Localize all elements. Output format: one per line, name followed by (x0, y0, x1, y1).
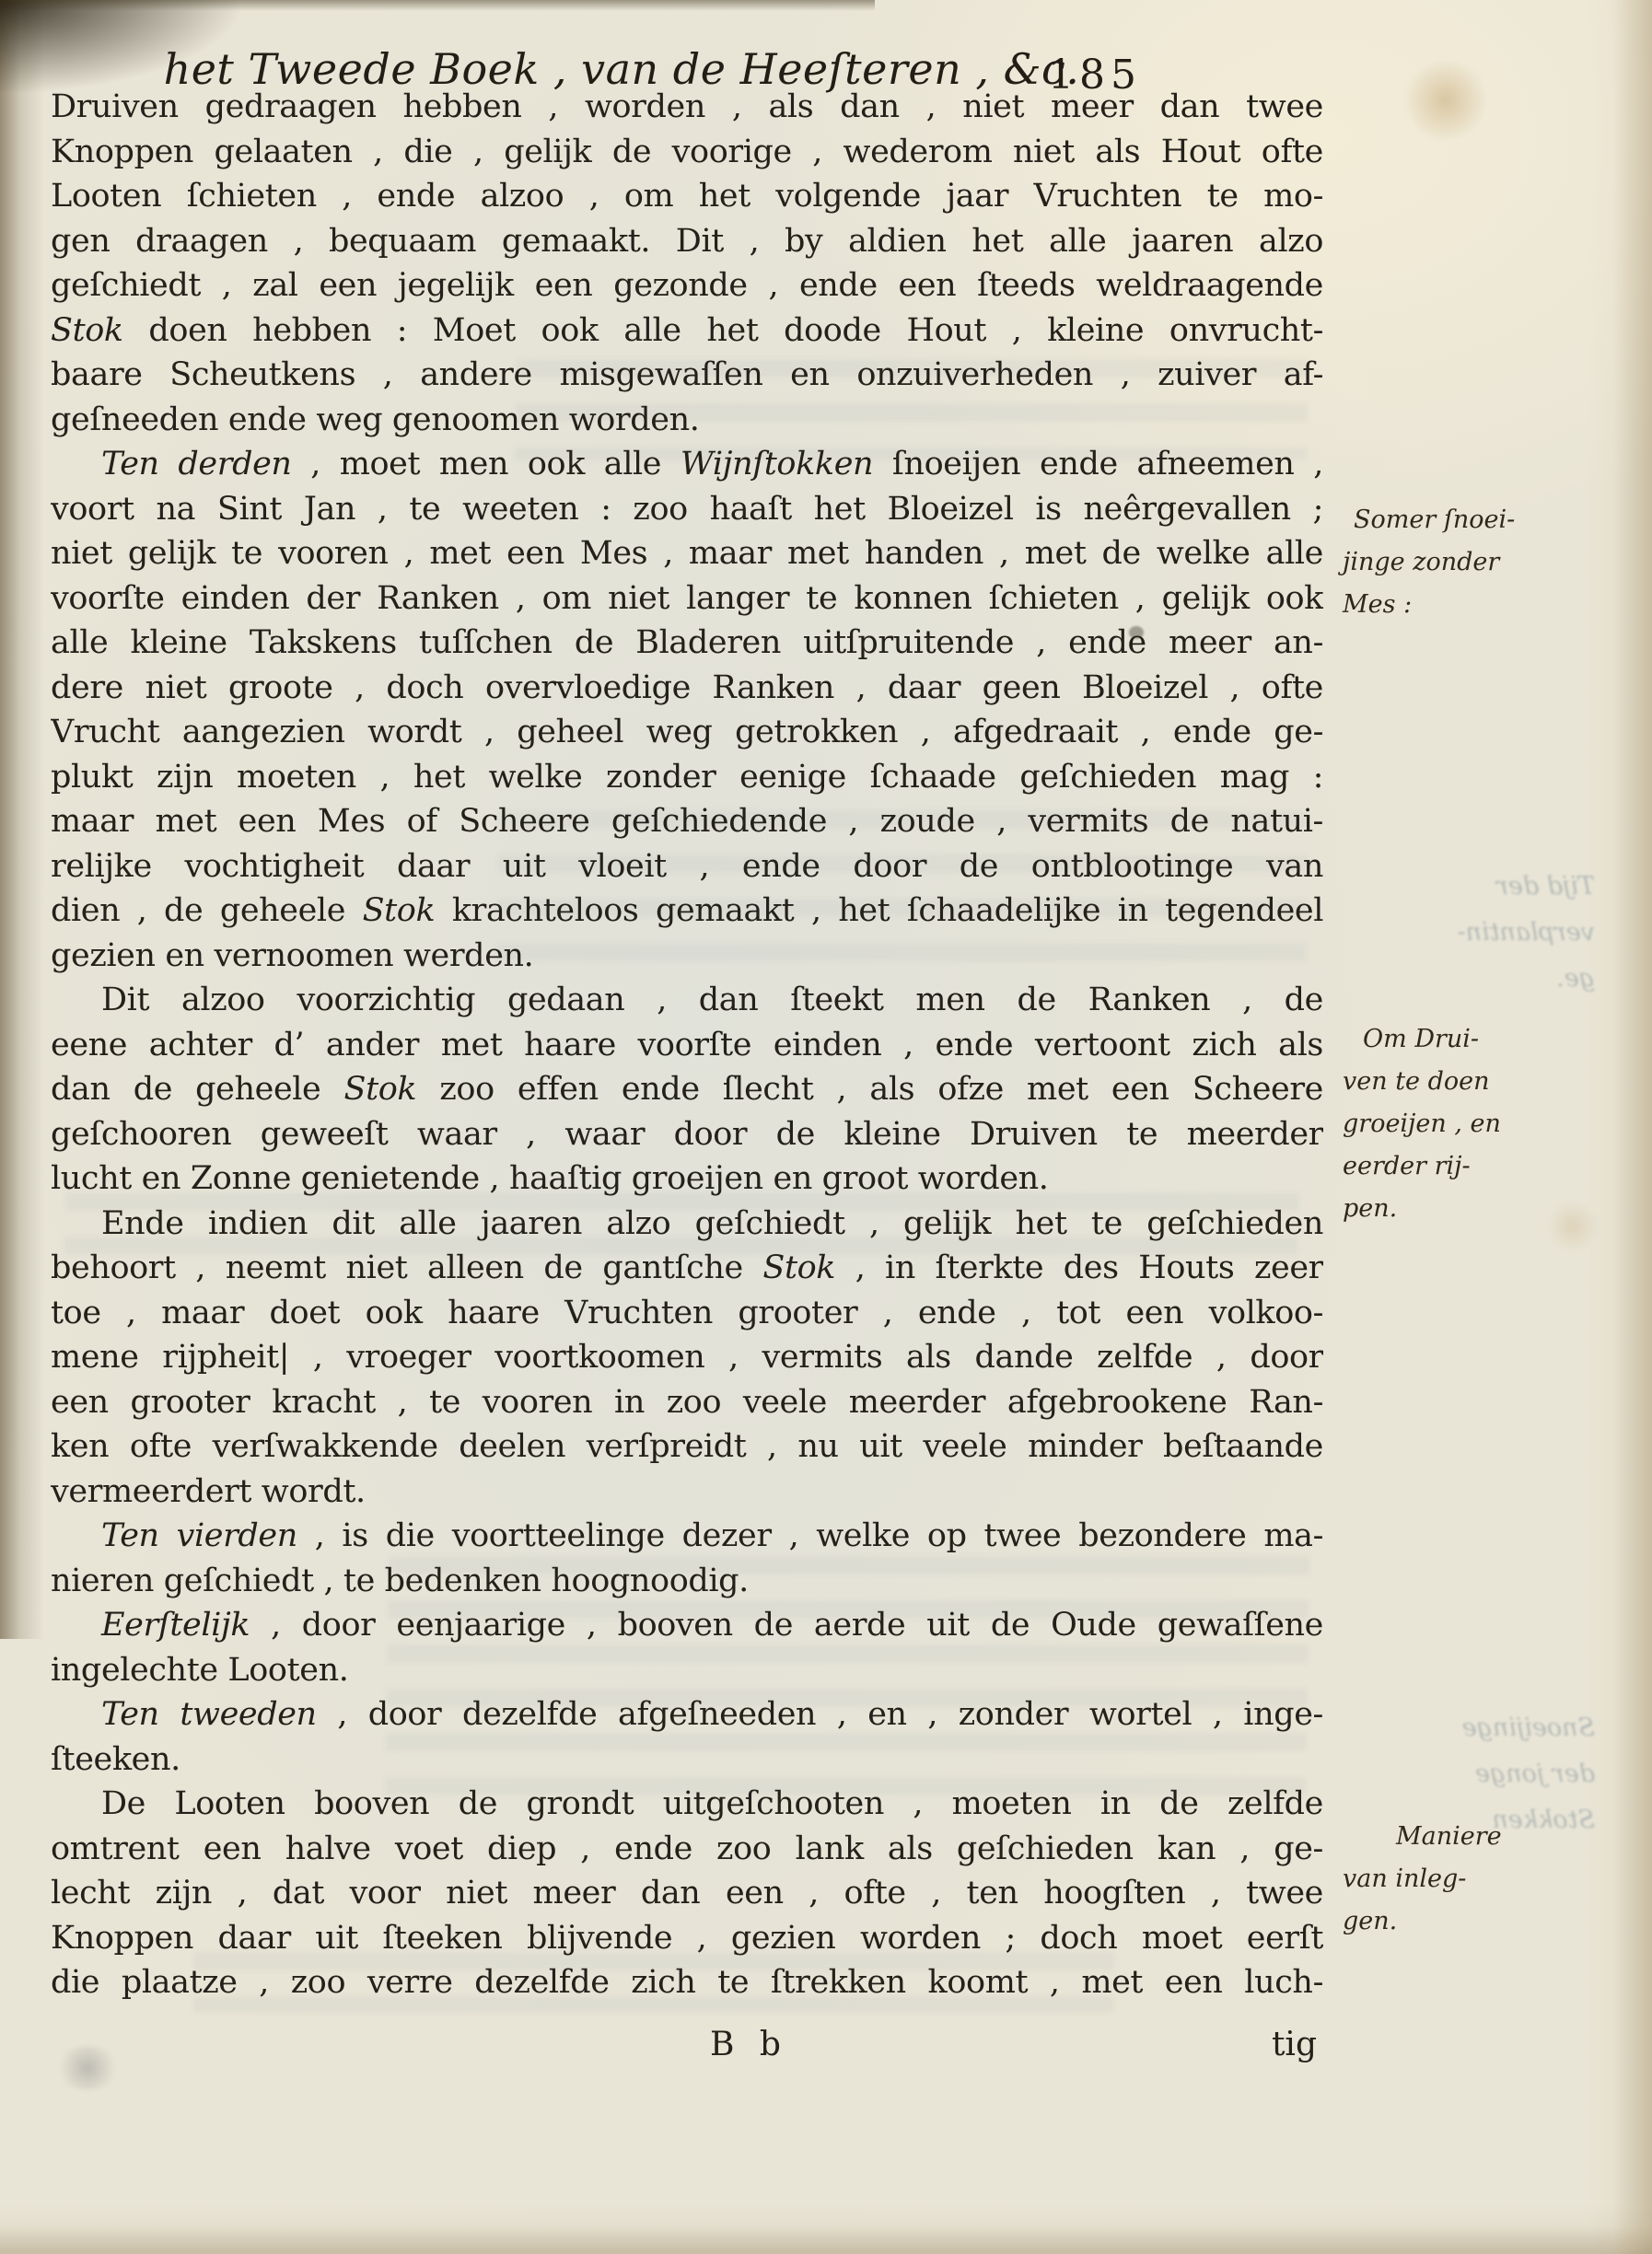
body-line: Vrucht aangezien wordt , geheel weg getr… (51, 710, 1323, 755)
margin-note-line: van inleg- (1343, 1858, 1610, 1900)
body-line: ingelechte Looten. (51, 1648, 1323, 1693)
margin-note-line: groeijen , en (1343, 1103, 1610, 1145)
margin-note-line: pen. (1343, 1188, 1610, 1230)
body-line: Druiven gedraagen hebben , worden , als … (51, 85, 1323, 130)
page-edge-shadow-right (1613, 0, 1652, 2254)
gathering-signature: B b (710, 2026, 788, 2063)
body-line: Knoppen gelaaten , die , gelijk de voori… (51, 130, 1323, 175)
margin-note-somer-snoeijinge: Somer ſnoei-jinge zonderMes : (1343, 499, 1610, 626)
margin-note-line: eerder rij- (1343, 1145, 1610, 1188)
body-line: ken ofte verſwakkende deelen verſpreidt … (51, 1424, 1323, 1470)
body-line: Ten tweeden , door dezelfde afgeſneeden … (51, 1692, 1323, 1737)
body-line: behoort , neemt niet alleen de gantſche … (51, 1246, 1323, 1291)
body-line: een grooter kracht , te vooren in zoo ve… (51, 1380, 1323, 1425)
ghost-note-line: Tijd der (1337, 864, 1595, 910)
margin-note-line: gen. (1343, 1900, 1610, 1943)
body-line: ſteeken. (51, 1737, 1323, 1783)
body-line: geſchiedt , zal een jegelijk een gezonde… (51, 263, 1323, 308)
footer-line: B b tig (51, 2026, 1326, 2074)
page-edge-shadow-bottom (0, 2226, 1652, 2254)
body-line: Knoppen daar uit ſteeken blijvende , gez… (51, 1916, 1323, 1961)
body-line: Looten ſchieten , ende alzoo , om het vo… (51, 174, 1323, 219)
body-line: mene rijpheit| , vroeger voortkoomen , v… (51, 1335, 1323, 1380)
page-edge-shadow-top (0, 0, 875, 11)
body-line: nieren geſchiedt , te bedenken hoognoodi… (51, 1559, 1323, 1604)
body-line: toe , maar doet ook haare Vruchten groot… (51, 1291, 1323, 1336)
body-line: geſchooren geweeſt waar , waar door de k… (51, 1112, 1323, 1157)
body-line: Dit alzoo voorzichtig gedaan , dan ſteek… (51, 978, 1323, 1023)
margin-note-line: Maniere (1343, 1816, 1610, 1858)
ghost-note-line: Snoeijinge (1337, 1705, 1595, 1751)
body-text: Druiven gedraagen hebben , worden , als … (51, 85, 1323, 2005)
body-line: Ten vierden , is die voortteelinge dezer… (51, 1514, 1323, 1559)
body-line: De Looten booven de grondt uitgeſchooten… (51, 1782, 1323, 1827)
body-line: die plaatze , zoo verre dezelfde zich te… (51, 1960, 1323, 2005)
body-line: Ende indien dit alle jaaren alzo geſchie… (51, 1202, 1323, 1247)
body-line: geſneeden ende weg genoomen worden. (51, 398, 1323, 443)
body-line: dien , de geheele Stok krachteloos gemaa… (51, 889, 1323, 934)
body-line: alle kleine Takskens tuſſchen de Bladere… (51, 621, 1323, 666)
body-line: omtrent een halve voet diep , ende zoo l… (51, 1827, 1323, 1872)
ghost-note-line: der jonge (1337, 1751, 1595, 1797)
body-line: voort na Sint Jan , te weeten : zoo haaſ… (51, 487, 1323, 532)
ghost-note-line: ge. (1337, 956, 1595, 1002)
body-line: vermeerdert wordt. (51, 1470, 1323, 1515)
body-line: plukt zijn moeten , het welke zonder een… (51, 755, 1323, 800)
paper-stain (1402, 61, 1490, 140)
margin-note-line: Somer ſnoei- (1343, 499, 1610, 541)
margin-note-om-druiven: Om Drui-ven te doengroeijen , eneerder r… (1343, 1018, 1610, 1230)
body-line: Stok doen hebben : Moet ook alle het doo… (51, 308, 1323, 354)
body-line: Ten derden , moet men ook alle Wijnſtokk… (51, 442, 1323, 487)
body-line: voorſte einden der Ranken , om niet lang… (51, 576, 1323, 622)
margin-note-line: Om Drui- (1343, 1018, 1610, 1061)
body-line: gezien en vernoomen werden. (51, 934, 1323, 979)
body-line: Eerſtelijk , door eenjaarige , booven de… (51, 1603, 1323, 1648)
catchword: tig (1272, 2026, 1317, 2063)
body-line: lecht zijn , dat voor niet meer dan een … (51, 1871, 1323, 1916)
book-page-scan: het Tweede Boek , van de Heeſteren , &c.… (0, 0, 1652, 2254)
body-line: dan de geheele Stok zoo effen ende ſlech… (51, 1067, 1323, 1112)
ghost-margin-note: Tijd derverplantin-ge. (1337, 864, 1595, 1002)
margin-note-line: ven te doen (1343, 1061, 1610, 1103)
page-edge-shadow-left (0, 0, 44, 1639)
margin-note-line: jinge zonder (1343, 541, 1610, 584)
body-line: baare Scheutkens , andere misgewaſſen en… (51, 353, 1323, 398)
body-line: niet gelijk te vooren , met een Mes , ma… (51, 531, 1323, 576)
body-line: dere niet groote , doch overvloedige Ran… (51, 666, 1323, 711)
ghost-note-line: verplantin- (1337, 910, 1595, 956)
margin-note-maniere-van-inleggen: Manierevan inleg-gen. (1343, 1816, 1610, 1943)
margin-note-line: Mes : (1343, 584, 1610, 626)
body-line: lucht en Zonne genietende , haaſtig groe… (51, 1156, 1323, 1202)
body-line: maar met een Mes of Scheere geſchiedende… (51, 799, 1323, 844)
body-line: relijke vochtigheit daar uit vloeit , en… (51, 844, 1323, 889)
body-line: gen draagen , bequaam gemaakt. Dit , by … (51, 219, 1323, 264)
body-line: eene achter d’ ander met haare voorſte e… (51, 1023, 1323, 1068)
